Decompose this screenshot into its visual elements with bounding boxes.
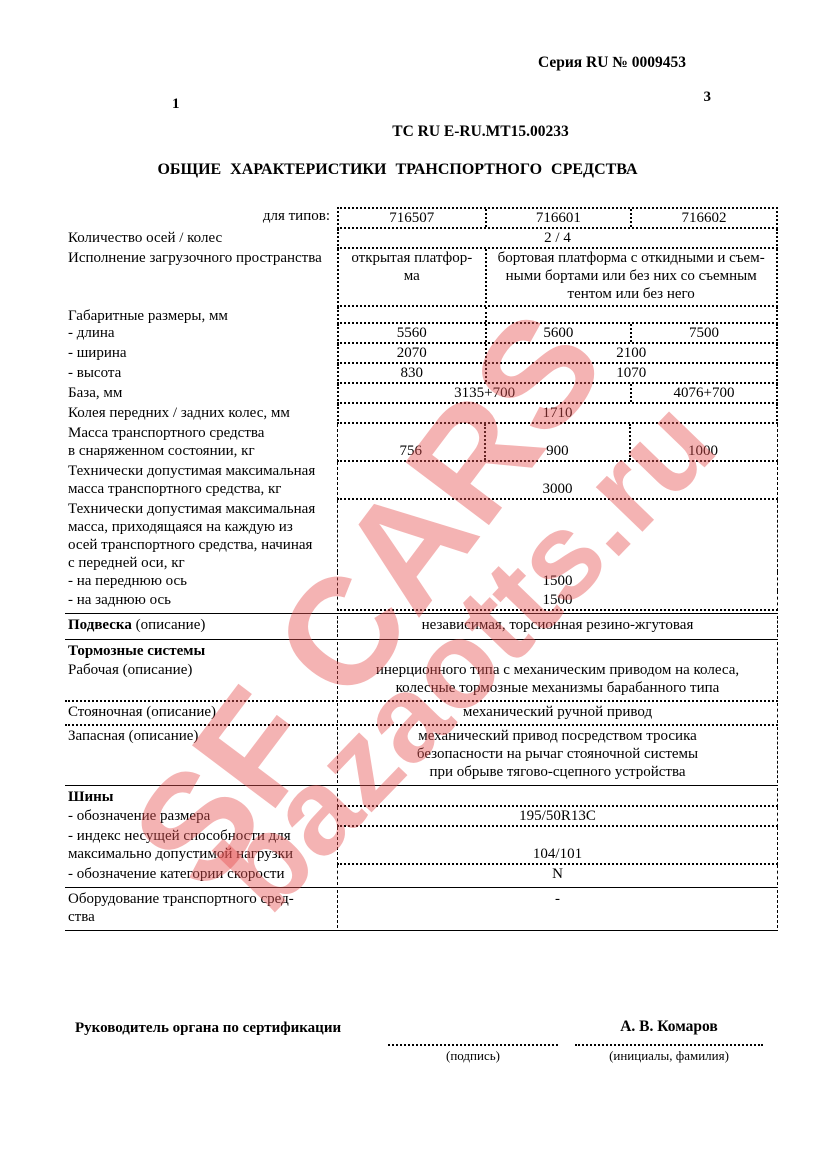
cell-value: 3000 (338, 462, 777, 498)
type-value: 716507 (339, 209, 485, 227)
table-row-wheelbase: База, мм 3135+700 4076+700 (65, 384, 778, 404)
cell-value: 1500 (338, 591, 777, 609)
table-row-emergency-brake: Запасная (описание) механический привод … (65, 727, 778, 783)
page-number-right: 3 (704, 89, 712, 106)
name-line (575, 1022, 763, 1046)
dotted-rule (65, 724, 778, 726)
cell-value: независимая, торсионная резино-жгутовая (338, 616, 777, 637)
horizontal-rule (65, 639, 778, 640)
table-row-track: Колея передних / задних колес, мм 1710 (65, 404, 778, 424)
table-row-front-axle: - на переднюю ось 1500 (65, 572, 778, 591)
table-row-axle-mass: Технически допустимая максимальная масса… (65, 500, 778, 572)
table-row-speed-category: - обозначение категории скорости N (65, 865, 778, 885)
table-row-service-brake: Рабочая (описание) инерционного типа с м… (65, 661, 778, 699)
signatory-title: Руководитель органа по сертификации (75, 1020, 341, 1037)
table-row-width: - ширина 2070 2100 (65, 344, 778, 364)
cell-value: бортовая платформа с откидными и съем- н… (485, 249, 776, 303)
row-label: - на заднюю ось (68, 591, 337, 611)
row-label: Технически допустимая максимальная масса… (68, 500, 337, 572)
row-label: - длина (68, 324, 337, 344)
type-value: 716601 (485, 209, 631, 227)
row-label: Запасная (описание) (68, 727, 337, 783)
cell-value: 2070 (339, 344, 485, 362)
type-value: 716602 (630, 209, 776, 227)
cell-value: открытая платфор- ма (339, 249, 485, 303)
table-row-rear-axle: - на заднюю ось 1500 (65, 591, 778, 611)
table-row-height: - высота 830 1070 (65, 364, 778, 384)
cell-value: механический привод посредством тросика … (338, 727, 777, 783)
row-label: Колея передних / задних колес, мм (68, 404, 337, 424)
cell-empty (339, 307, 485, 322)
table-row-max-mass: Технически допустимая максимальная масса… (65, 462, 778, 500)
row-label: - на переднюю ось (68, 572, 337, 591)
table-row-brake-systems-header: Тормозные системы (65, 642, 778, 661)
cell-value: 900 (484, 424, 630, 460)
row-label: - ширина (68, 344, 337, 364)
cell-value: 756 (338, 424, 484, 460)
row-label: - высота (68, 364, 337, 384)
table-row-load-index: - индекс несущей способности для максима… (65, 827, 778, 865)
cell-value: 7500 (630, 324, 776, 342)
row-label-types: для типов: (68, 207, 337, 229)
approval-number: ТС RU E-RU.MT15.00233 (67, 123, 827, 141)
row-label: Технически допустимая максимальная масса… (68, 462, 337, 500)
table-row-tires-header: Шины (65, 788, 778, 807)
row-label: Исполнение загрузочного пространства (68, 249, 337, 307)
cell-value: 4076+700 (630, 384, 776, 402)
row-label: Тормозные системы (68, 642, 337, 661)
row-label: Оборудование транспортного сред- ства (68, 890, 337, 928)
cell-empty (485, 307, 776, 322)
cell-empty (338, 788, 777, 805)
signature-caption: (подпись) (388, 1048, 558, 1064)
table-row-parking-brake: Стояночная (описание) механический ручно… (65, 703, 778, 723)
table-row-types: для типов: 716507 716601 716602 (65, 207, 778, 229)
row-label: - обозначение размера (68, 807, 337, 827)
cell-value: 1000 (629, 424, 775, 460)
table-row-loading-space: Исполнение загрузочного пространства отк… (65, 249, 778, 307)
cell-empty (338, 642, 777, 661)
row-label: - обозначение категории скорости (68, 865, 337, 885)
horizontal-rule (65, 785, 778, 786)
table-row-dimensions-header: Габаритные размеры, мм (65, 307, 778, 324)
table-row-equipment: Оборудование транспортного сред- ства - (65, 890, 778, 928)
row-label: Габаритные размеры, мм (68, 307, 337, 324)
cell-value: 2100 (485, 344, 776, 362)
cell-value: 1710 (339, 404, 776, 422)
row-label: Шины (68, 788, 337, 807)
document-page: { "header": { "series": "Серия RU № 0009… (0, 0, 827, 1170)
signature-line (388, 1022, 558, 1046)
cell-value: 830 (339, 364, 485, 382)
cell-empty (338, 500, 777, 572)
table-row-length: - длина 5560 5600 7500 (65, 324, 778, 344)
cell-value: 1070 (485, 364, 776, 382)
signature-block: Руководитель органа по сертификации (под… (0, 1012, 827, 1072)
cell-value: 3135+700 (339, 384, 630, 402)
cell-value: N (338, 865, 777, 885)
cell-value: 104/101 (338, 827, 777, 863)
page-numbers: 1 3 (0, 96, 827, 113)
table-row-tire-size: - обозначение размера 195/50R13C (65, 807, 778, 827)
characteristics-table: для типов: 716507 716601 716602 Количест… (65, 207, 778, 931)
horizontal-rule (65, 930, 778, 931)
row-label: Рабочая (описание) (68, 661, 337, 699)
cell-value: 1500 (338, 572, 777, 591)
row-label: Подвеска (описание) (68, 616, 337, 637)
cell-value: 5600 (485, 324, 631, 342)
dotted-rule (65, 700, 778, 702)
row-label: - индекс несущей способности для максима… (68, 827, 337, 865)
cell-value: - (338, 890, 777, 928)
table-row-suspension: Подвеска (описание) независимая, торсион… (65, 616, 778, 637)
horizontal-rule (65, 887, 778, 888)
page-number-left: 1 (172, 96, 180, 113)
row-label: Стояночная (описание) (68, 703, 337, 723)
horizontal-rule (65, 613, 778, 614)
row-label: Количество осей / колес (68, 229, 337, 249)
cell-value: 5560 (339, 324, 485, 342)
row-label: База, мм (68, 384, 337, 404)
series-number: Серия RU № 0009453 (0, 54, 686, 72)
cell-value: 195/50R13C (338, 807, 777, 825)
page-title: ОБЩИЕ ХАРАКТЕРИСТИКИ ТРАНСПОРТНОГО СРЕДС… (0, 161, 811, 179)
cell-value: 2 / 4 (339, 229, 776, 247)
name-caption: (инициалы, фамилия) (575, 1048, 763, 1064)
cell-value: инерционного типа с механическим приводо… (338, 661, 777, 699)
row-label: Масса транспортного средства в снаряженн… (68, 424, 337, 462)
table-row-curb-mass: Масса транспортного средства в снаряженн… (65, 424, 778, 462)
cell-value: механический ручной привод (338, 703, 777, 723)
table-row-axles: Количество осей / колес 2 / 4 (65, 229, 778, 249)
